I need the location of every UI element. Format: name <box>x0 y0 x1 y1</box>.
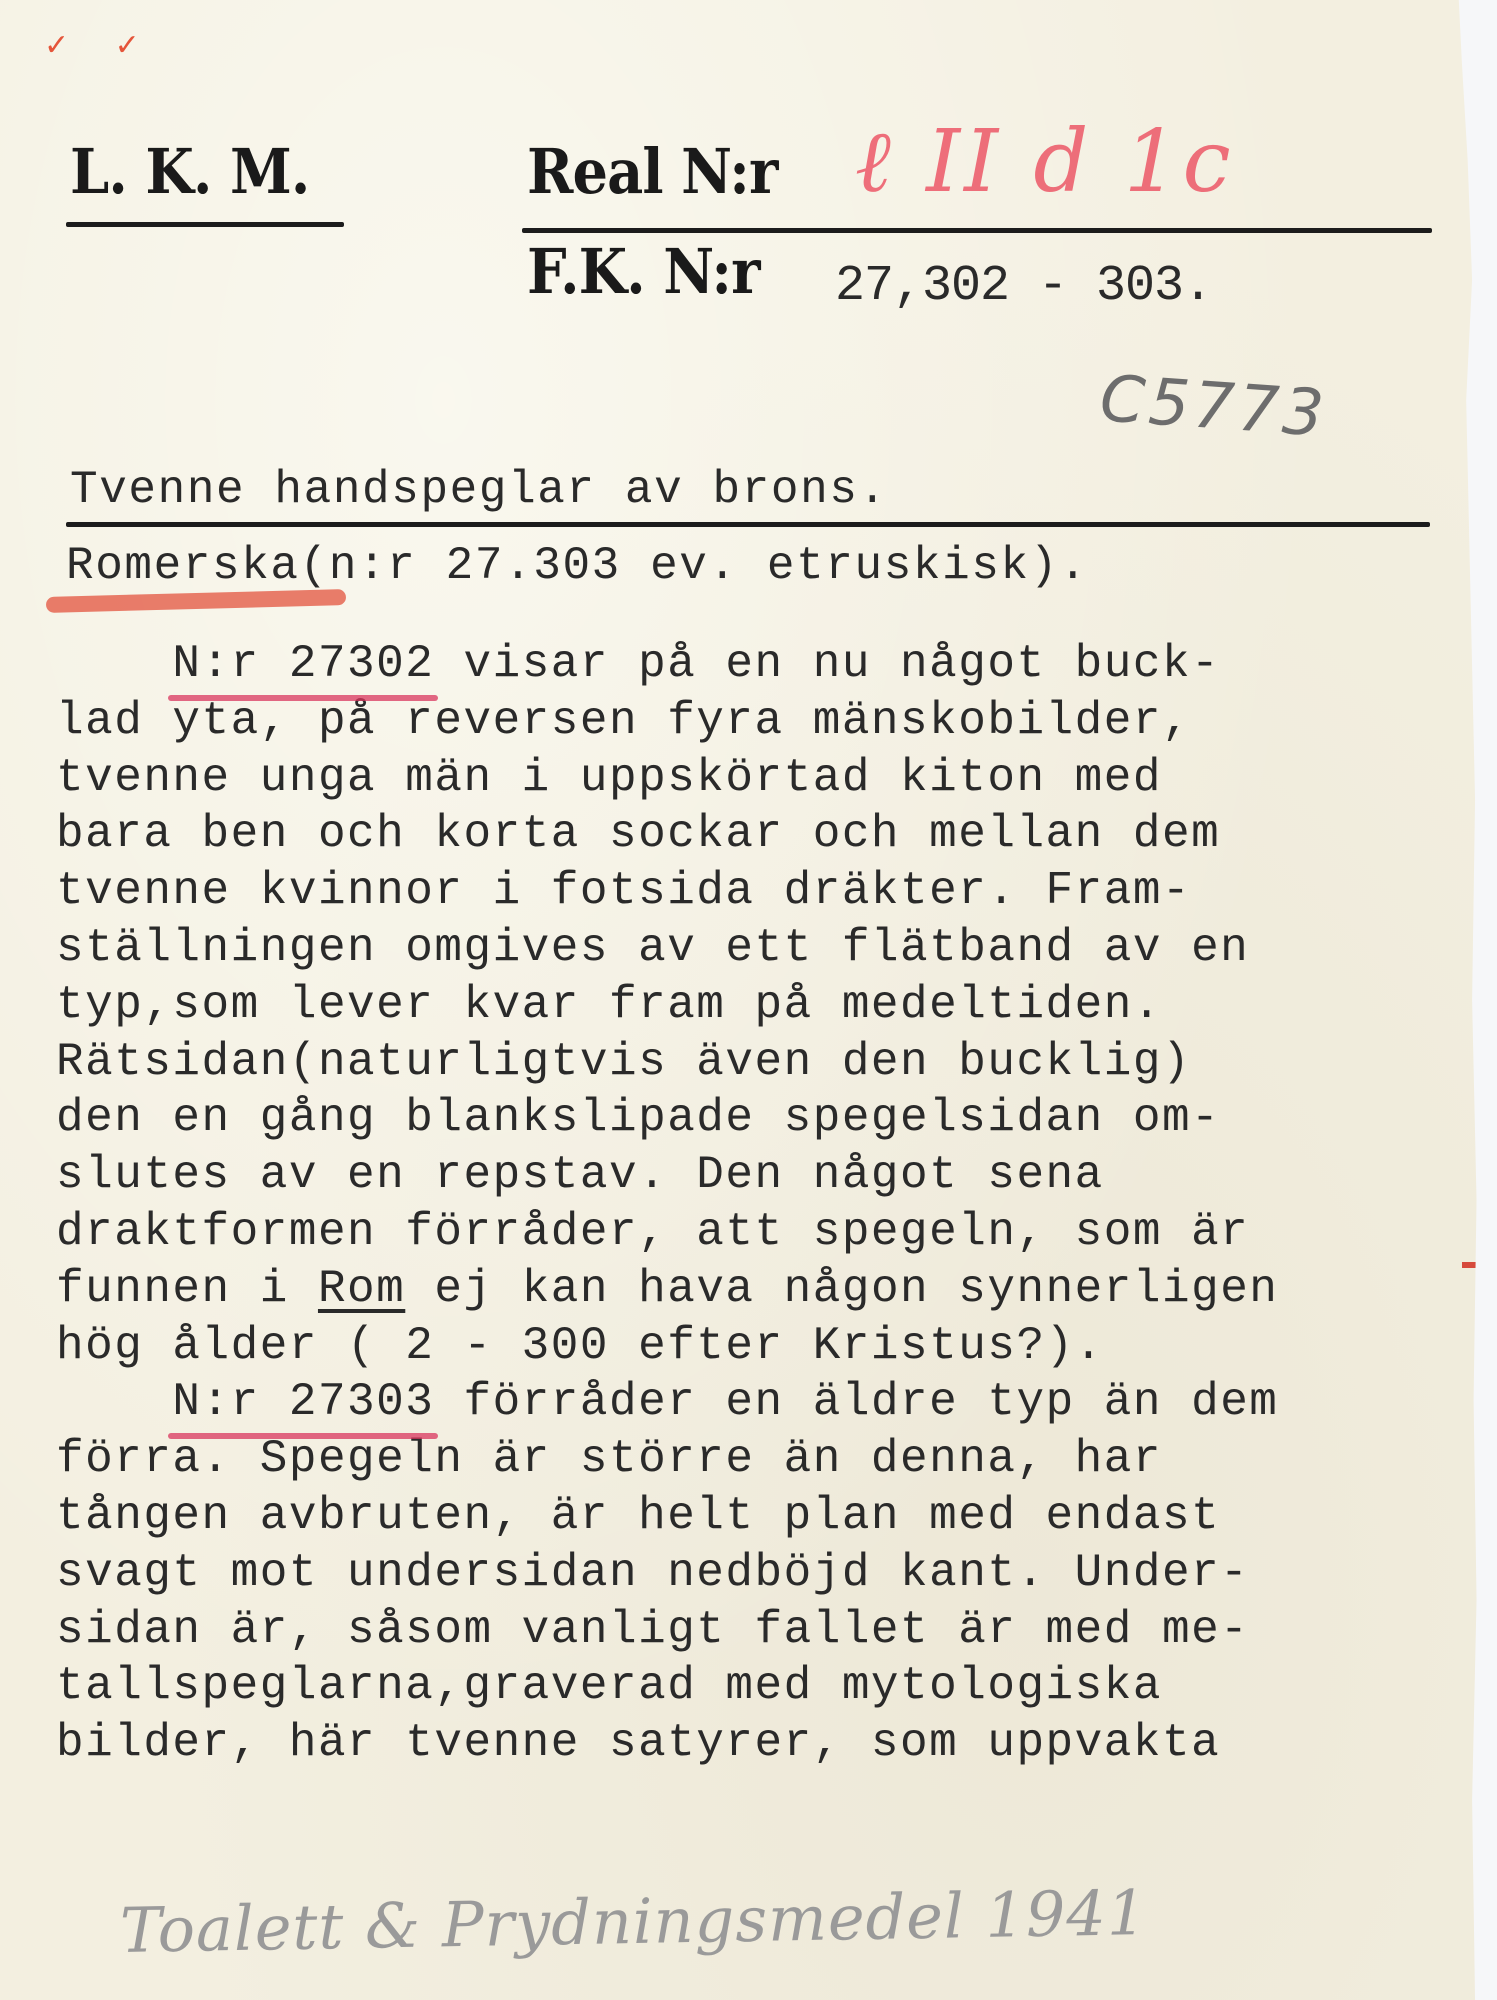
institution-label: L. K. M. <box>70 135 309 208</box>
body-text: bilder, här tvenne satyrer, som uppvakta <box>56 1717 1220 1769</box>
body-text: tvenne unga män i uppskörtad kiton med <box>56 752 1162 804</box>
body-line: förra. Spegeln är större än denna, har <box>56 1431 1278 1488</box>
body-text: typ,som lever kvar fram på medeltiden. <box>56 979 1162 1031</box>
body-text: funnen i <box>56 1263 318 1315</box>
body-line: lad yta, på reversen fyra mänskobilder, <box>56 693 1278 750</box>
body-line: draktformen förråder, att spegeln, som ä… <box>56 1204 1278 1261</box>
body-text: bara ben och korta sockar och mellan dem <box>56 808 1220 860</box>
body-text: slutes av en repstav. Den något sena <box>56 1149 1104 1201</box>
document-page: ✓ ✓ L. K. M. Real N:r ℓ II d 1c F.K. N:r… <box>0 0 1478 2000</box>
title-rule <box>66 522 1430 527</box>
body-line: funnen i Rom ej kan hava någon synnerlig… <box>56 1261 1278 1318</box>
body-text: tvenne kvinnor i fotsida dräkter. Fram- <box>56 865 1191 917</box>
fk-number-value: 27,302 - 303. <box>835 258 1212 315</box>
body-text: sidan är, såsom vanligt fallet är med me… <box>56 1604 1249 1656</box>
body-text: förråder en äldre typ än dem <box>434 1376 1278 1428</box>
body-line: slutes av en repstav. Den något sena <box>56 1147 1278 1204</box>
body-text: ej kan hava någon synnerligen <box>405 1263 1278 1315</box>
body-line: svagt mot undersidan nedböjd kant. Under… <box>56 1545 1278 1602</box>
body-text: den en gång blankslipade spegelsidan om- <box>56 1092 1220 1144</box>
body-line: typ,som lever kvar fram på medeltiden. <box>56 977 1278 1034</box>
footer-pencil-note: Toalett & Prydningsmedel 1941 <box>119 1876 1147 1967</box>
body-text: hög ålder ( 2 - 300 efter Kristus?). <box>56 1320 1104 1372</box>
real-number-handwritten: ℓ II d 1c <box>855 112 1235 212</box>
body-text: lad yta, på reversen fyra mänskobilder, <box>56 695 1191 747</box>
document-subtitle: Romerska(n:r 27.303 ev. etruskisk). <box>66 540 1088 592</box>
body-text: draktformen förråder, att spegeln, som ä… <box>56 1206 1249 1258</box>
item-number-reference: N:r 27302 <box>172 636 434 693</box>
header-rule <box>522 228 1432 233</box>
body-line: tvenne unga män i uppskörtad kiton med <box>56 750 1278 807</box>
real-number-label: Real N:r <box>527 135 777 208</box>
underlined-place-name: Rom <box>318 1263 405 1315</box>
body-text: svagt mot undersidan nedböjd kant. Under… <box>56 1547 1249 1599</box>
catalog-pencil-note: C5773 <box>1098 362 1330 452</box>
body-line: N:r 27303 förråder en äldre typ än dem <box>56 1374 1278 1431</box>
body-line: Rätsidan(naturligtvis även den bucklig) <box>56 1034 1278 1091</box>
body-text: Rätsidan(naturligtvis även den bucklig) <box>56 1036 1191 1088</box>
body-text: visar på en nu något buck- <box>434 638 1220 690</box>
red-pencil-underline <box>46 589 346 613</box>
body-line: bilder, här tvenne satyrer, som uppvakta <box>56 1715 1278 1772</box>
fk-number-label: F.K. N:r <box>527 235 760 308</box>
body-line: tallspeglarna,graverad med mytologiska <box>56 1658 1278 1715</box>
body-line: bara ben och korta sockar och mellan dem <box>56 806 1278 863</box>
body-line: ställningen omgives av ett flätband av e… <box>56 920 1278 977</box>
body-line: hög ålder ( 2 - 300 efter Kristus?). <box>56 1318 1278 1375</box>
item-number-reference: N:r 27303 <box>172 1374 434 1431</box>
body-line: tvenne kvinnor i fotsida dräkter. Fram- <box>56 863 1278 920</box>
body-text: förra. Spegeln är större än denna, har <box>56 1433 1162 1485</box>
body-text: tången avbruten, är helt plan med endast <box>56 1490 1220 1542</box>
body-text: tallspeglarna,graverad med mytologiska <box>56 1660 1162 1712</box>
body-line: den en gång blankslipade spegelsidan om- <box>56 1090 1278 1147</box>
checkmark-annotations: ✓ ✓ <box>44 28 158 63</box>
document-title: Tvenne handspeglar av brons. <box>70 464 888 516</box>
body-line: sidan är, såsom vanligt fallet är med me… <box>56 1602 1278 1659</box>
body-line: N:r 27302 visar på en nu något buck- <box>56 636 1278 693</box>
body-text: ställningen omgives av ett flätband av e… <box>56 922 1249 974</box>
institution-rule <box>66 222 344 227</box>
red-margin-mark <box>1462 1262 1476 1268</box>
body-line: tången avbruten, är helt plan med endast <box>56 1488 1278 1545</box>
description-body: N:r 27302 visar på en nu något buck-lad … <box>56 636 1278 1772</box>
